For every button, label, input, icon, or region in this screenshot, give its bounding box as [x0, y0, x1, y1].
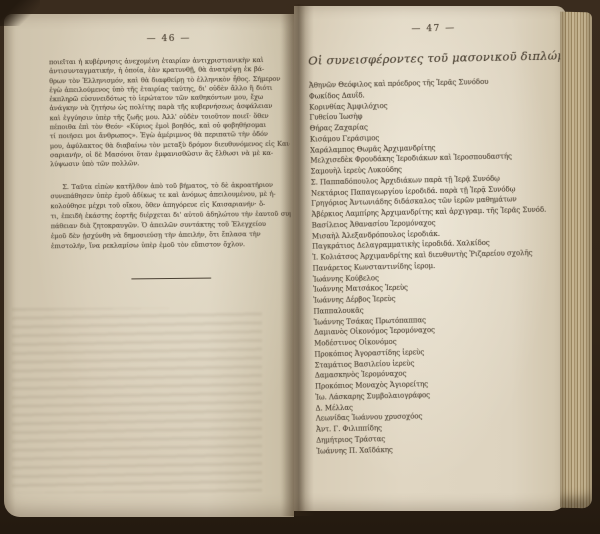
left-page-content: — 46 — ποιεῖται ἡ κυβέρνησις ἀνεχομένη ἑ… — [49, 33, 292, 281]
left-page-number: — 46 — — [49, 33, 289, 46]
paragraph-2: Σ. Ταῦτα εἰπὼν κατῆλθον ἀπὸ τοῦ βήματος,… — [50, 180, 291, 252]
paragraph-1: ποιεῖται ἡ κυβέρνησις ἀνεχομένη ἑταιρίαν… — [49, 56, 290, 170]
text-line: ἐπιστολήν, ἵνα ρεκλαμίσω ὑπὲρ ἐμοῦ τὸν ε… — [51, 240, 291, 252]
contributors-list: Ἀθηνῶν Θεόφιλος καὶ πρόεδρος τῆς Ἱερᾶς Σ… — [309, 75, 569, 456]
right-page-content: — 47 — Οἱ συνεισφέροντες τοῦ μασονικοῦ δ… — [308, 21, 569, 456]
text-line: λύψωσιν ὑπὸ τῶν πολλῶν. — [50, 158, 290, 170]
corner-shadow — [0, 0, 40, 26]
section-title: Οἱ συνεισφέροντες τοῦ μασονικοῦ διπλώματ… — [308, 48, 560, 67]
book-photo: { "photo": { "background_color": "#33261… — [0, 0, 600, 534]
bleed-through-text — [12, 308, 262, 493]
